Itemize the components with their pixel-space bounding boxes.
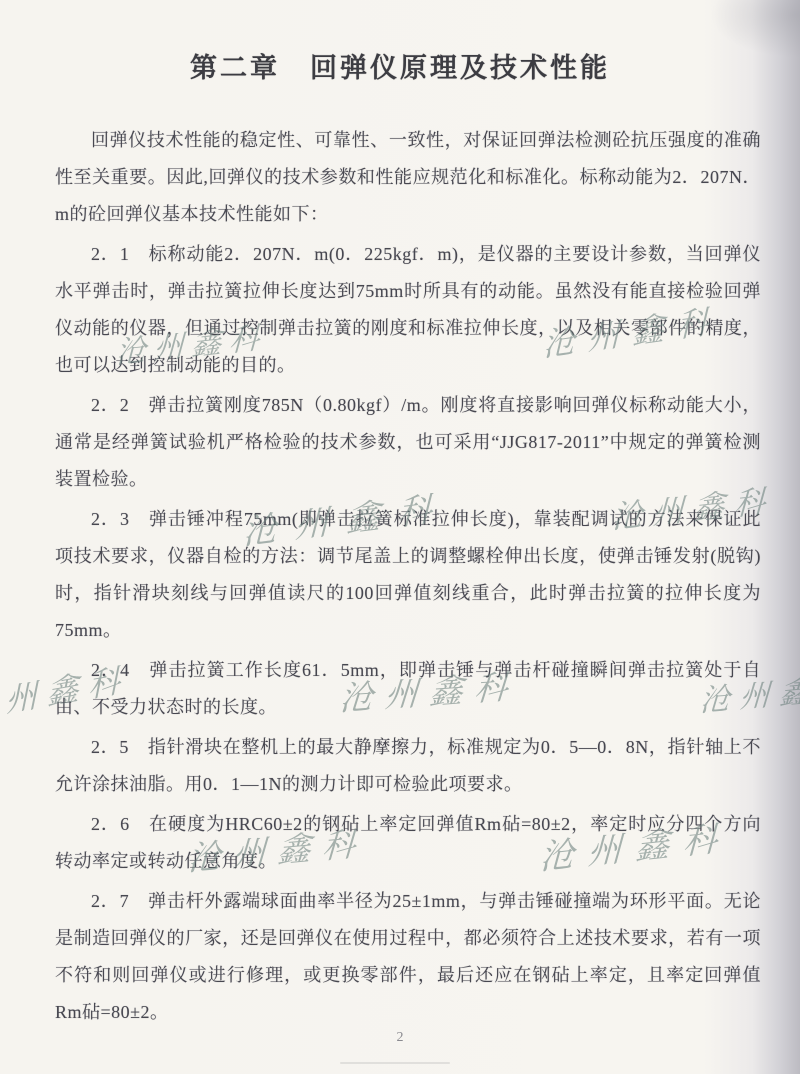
page-bottom-mark <box>340 1062 450 1064</box>
section-2-7-paragraph: 2．7 弹击杆外露端球面曲率半径为25±1mm，与弹击锤碰撞端为环形平面。无论是… <box>55 883 761 1031</box>
intro-paragraph: 回弹仪技术性能的稳定性、可靠性、一致性，对保证回弹法检测砼抗压强度的准确性至关重… <box>55 122 761 233</box>
section-2-2-paragraph: 2．2 弹击拉簧刚度785N（0.80kgf）/m。刚度将直接影响回弹仪标称动能… <box>55 387 761 498</box>
page-number: 2 <box>0 1030 800 1046</box>
chapter-title: 第二章 回弹仪原理及技术性能 <box>0 46 800 85</box>
section-2-3-paragraph: 2．3 弹击锤冲程75mm(即弹击拉簧标准拉伸长度)，靠装配调试的方法来保证此项… <box>55 501 761 649</box>
section-2-1-paragraph: 2．1 标称动能2．207N．m(0．225kgf．m)，是仪器的主要设计参数，… <box>55 236 761 384</box>
section-2-5-paragraph: 2．5 指针滑块在整机上的最大静摩擦力，标准规定为0．5—0．8N，指针轴上不允… <box>55 729 761 803</box>
document-body: 回弹仪技术性能的稳定性、可靠性、一致性，对保证回弹法检测砼抗压强度的准确性至关重… <box>55 122 761 1034</box>
section-2-4-paragraph: 2．4 弹击拉簧工作长度61．5mm，即弹击锤与弹击杆碰撞瞬间弹击拉簧处于自由、… <box>55 652 761 726</box>
section-2-6-paragraph: 2．6 在硬度为HRC60±2的钢砧上率定回弹值Rm砧=80±2，率定时应分四个… <box>55 806 761 880</box>
scanned-document-page: 第二章 回弹仪原理及技术性能 回弹仪技术性能的稳定性、可靠性、一致性，对保证回弹… <box>0 0 800 1074</box>
